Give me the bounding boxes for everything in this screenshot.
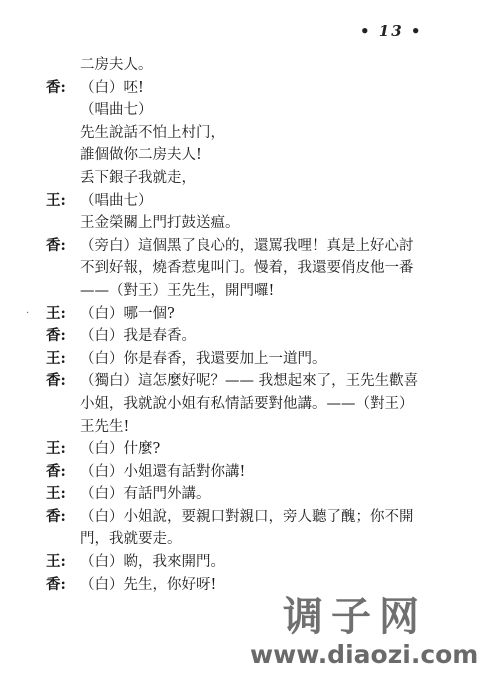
line-text: （白）哪一個? <box>80 303 175 326</box>
line-text: （白）喲，我來開門。 <box>80 551 225 574</box>
script-line: 王:（白）你是春香，我還要加上一道門。 <box>0 348 482 371</box>
script-line: 王:（白）喲，我來開門。 <box>0 551 482 574</box>
watermark: 调子网 www.diaozi.com <box>250 594 460 670</box>
speaker-label: 王: <box>46 438 80 461</box>
line-text: （唱曲七） <box>80 99 153 122</box>
page-number: • 13 • <box>360 22 423 40</box>
script-line: 小姐，我就說小姐有私情話要對他講。——（對王） <box>0 393 482 416</box>
script-line: 誰個做你二房夫人! <box>0 144 482 167</box>
line-text: 王金榮關上門打鼓送瘟。 <box>80 212 240 235</box>
line-text: （唱曲七） <box>80 190 153 213</box>
line-text: 小姐，我就說小姐有私情話要對他講。——（對王） <box>80 393 414 416</box>
script-line: 香:（獨白）這怎麼好呢？—— 我想起來了，王先生歡喜 <box>0 370 482 393</box>
speaker-label: 香: <box>46 325 80 348</box>
script-body: 二房夫人。 香:（白）呸! （唱曲七） 先生說話不怕上村门， 誰個做你二房夫人!… <box>0 54 482 596</box>
script-line: 香:（白）先生，你好呀! <box>0 574 482 597</box>
script-line: 王:（白）什麼? <box>0 438 482 461</box>
line-text: （白）什麼? <box>80 438 160 461</box>
line-text: （白）我是春香。 <box>80 325 196 348</box>
watermark-url: www.diaozi.com <box>250 640 460 670</box>
script-line: ·王:（白）哪一個? <box>0 303 482 326</box>
line-text: 先生說話不怕上村门， <box>80 122 225 145</box>
script-line: 王:（白）有話門外講。 <box>0 483 482 506</box>
script-line: 香:（白）小姐說，要親口對親口，旁人聽了醜；你不開 <box>0 506 482 529</box>
script-line: 門，我就要走。 <box>0 528 482 551</box>
speaker-label: 香: <box>46 370 80 393</box>
line-text: （白）小姐說，要親口對親口，旁人聽了醜；你不開 <box>80 506 414 529</box>
script-line: 香:（白）呸! <box>0 77 482 100</box>
speaker-label: 王: <box>46 348 80 371</box>
script-line: ——（對王）王先生，開門囉! <box>0 280 482 303</box>
script-line: 丢下銀子我就走， <box>0 167 482 190</box>
script-line: 王先生! <box>0 416 482 439</box>
speaker-label: 王: <box>46 190 80 213</box>
line-text: 誰個做你二房夫人! <box>80 144 202 167</box>
script-line: 香:（白）小姐還有話對你講! <box>0 461 482 484</box>
stray-dot-mark: · <box>26 303 29 326</box>
line-text: （旁白）這個黑了良心的，還罵我哩！真是上好心討 <box>80 235 414 258</box>
speaker-label: 王: <box>46 303 80 326</box>
speaker-label: 香: <box>46 461 80 484</box>
script-line: 王金榮關上門打鼓送瘟。 <box>0 212 482 235</box>
line-text: （白）你是春香，我還要加上一道門。 <box>80 348 327 371</box>
line-text: 二房夫人。 <box>80 54 153 77</box>
line-text: （白）先生，你好呀! <box>80 574 216 597</box>
speaker-label: 香: <box>46 77 80 100</box>
script-line: （唱曲七） <box>0 99 482 122</box>
watermark-title: 调子网 <box>250 594 460 640</box>
script-line: 二房夫人。 <box>0 54 482 77</box>
line-text: （白）小姐還有話對你講! <box>80 461 245 484</box>
speaker-label: 王: <box>46 483 80 506</box>
line-text: 王先生! <box>80 416 129 439</box>
line-text: （白）有話門外講。 <box>80 483 211 506</box>
line-text: 門，我就要走。 <box>80 528 182 551</box>
speaker-label: 香: <box>46 574 80 597</box>
speaker-label: 香: <box>46 506 80 529</box>
line-text: 丢下銀子我就走， <box>80 167 196 190</box>
line-text: 不到好報，燒香惹鬼叫门。慢着，我還要俏皮他一番 <box>80 257 414 280</box>
line-text: （白）呸! <box>80 77 144 100</box>
script-line: 不到好報，燒香惹鬼叫门。慢着，我還要俏皮他一番 <box>0 257 482 280</box>
script-line: 王:（唱曲七） <box>0 190 482 213</box>
speaker-label: 王: <box>46 551 80 574</box>
script-line: 先生說話不怕上村门， <box>0 122 482 145</box>
line-text: ——（對王）王先生，開門囉! <box>80 280 274 303</box>
script-line: 香:（旁白）這個黑了良心的，還罵我哩！真是上好心討 <box>0 235 482 258</box>
line-text: （獨白）這怎麼好呢？—— 我想起來了，王先生歡喜 <box>80 370 418 393</box>
script-line: 香:（白）我是春香。 <box>0 325 482 348</box>
speaker-label: 香: <box>46 235 80 258</box>
